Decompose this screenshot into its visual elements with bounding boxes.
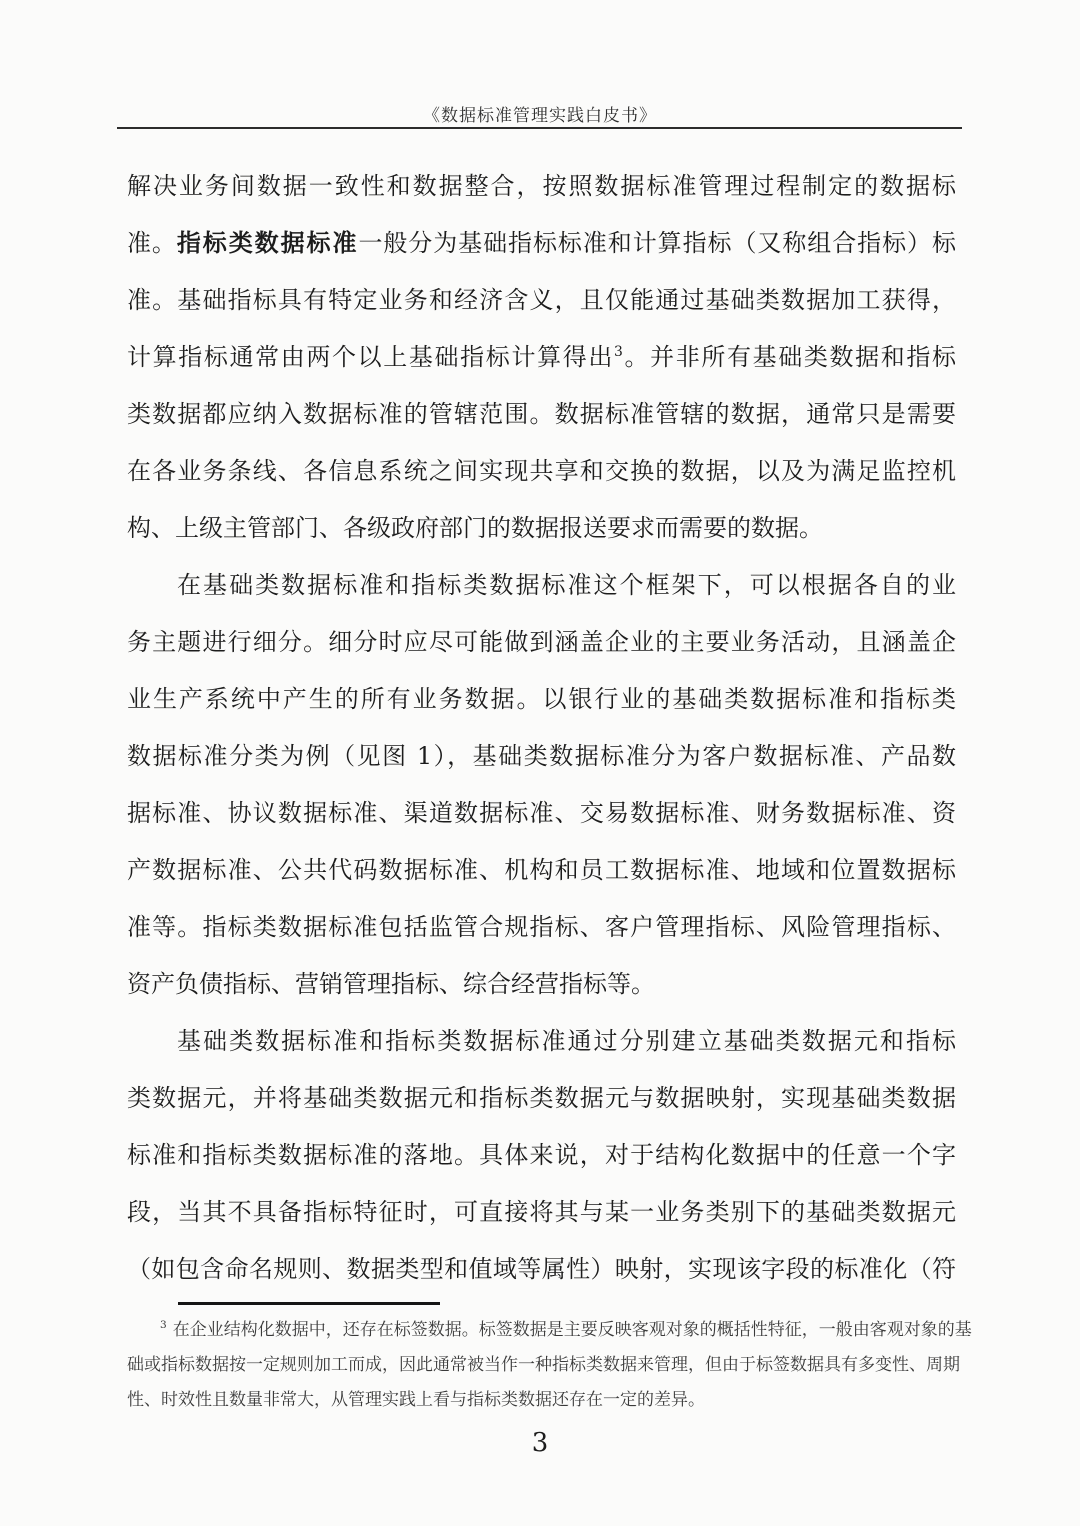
body-line: （如包含命名规则、数据类型和值域等属性）映射，实现该字段的标准化（符 (127, 1241, 956, 1298)
body-line: 务主题进行细分。细分时应尽可能做到涵盖企业的主要业务活动，且涵盖企 (127, 614, 956, 671)
body-line: 准。基础指标具有特定业务和经济含义，且仅能通过基础类数据加工获得， (127, 272, 956, 329)
footnote-line: 3在企业结构化数据中，还存在标签数据。标签数据是主要反映客观对象的概括性特征，一… (127, 1313, 957, 1348)
footnote: 3在企业结构化数据中，还存在标签数据。标签数据是主要反映客观对象的概括性特征，一… (127, 1313, 957, 1418)
footnote-reference: 3 (614, 344, 623, 360)
body-line: 标准和指标类数据标准的落地。具体来说，对于结构化数据中的任意一个字 (127, 1127, 956, 1184)
body-line: 类数据都应纳入数据标准的管辖范围。数据标准管辖的数据，通常只是需要 (127, 386, 956, 443)
body-content: 解决业务间数据一致性和数据整合，按照数据标准管理过程制定的数据标 准。指标类数据… (127, 158, 956, 1298)
body-line: 计算指标通常由两个以上基础指标计算得出3。并非所有基础类数据和指标 (127, 329, 956, 386)
body-line: 准等。指标类数据标准包括监管合规指标、客户管理指标、风险管理指标、 (127, 899, 956, 956)
header-rule (117, 127, 962, 129)
footnote-text: 在企业结构化数据中，还存在标签数据。标签数据是主要反映客观对象的概括性特征，一般… (173, 1320, 972, 1340)
body-text: 计算指标通常由两个以上基础指标计算得出 (127, 343, 614, 371)
body-line: 业生产系统中产生的所有业务数据。以银行业的基础类数据标准和指标类 (127, 671, 956, 728)
footnote-separator (178, 1302, 440, 1305)
body-line: 据标准、协议数据标准、渠道数据标准、交易数据标准、财务数据标准、资 (127, 785, 956, 842)
body-line: 在基础类数据标准和指标类数据标准这个框架下，可以根据各自的业 (127, 557, 956, 614)
footnote-marker: 3 (160, 1319, 173, 1331)
body-line: 数据标准分类为例（见图 1），基础类数据标准分为客户数据标准、产品数 (127, 728, 956, 785)
body-line: 在各业务条线、各信息系统之间实现共享和交换的数据，以及为满足监控机 (127, 443, 956, 500)
body-line: 段，当其不具备指标特征时，可直接将其与某一业务类别下的基础类数据元 (127, 1184, 956, 1241)
bold-term: 指标类数据标准 (177, 229, 359, 257)
document-page: 《数据标准管理实践白皮书》 解决业务间数据一致性和数据整合，按照数据标准管理过程… (0, 0, 1080, 1526)
page-number: 3 (0, 1428, 1080, 1458)
footnote-line: 础或指标数据按一定规则加工而成，因此通常被当作一种指标类数据来管理，但由于标签数… (127, 1348, 957, 1383)
body-text: 。并非所有基础类数据和指标 (623, 343, 956, 371)
body-line: 资产负债指标、营销管理指标、综合经营指标等。 (127, 956, 956, 1013)
body-line: 构、上级主管部门、各级政府部门的数据报送要求而需要的数据。 (127, 500, 956, 557)
body-line: 准。指标类数据标准一般分为基础指标标准和计算指标（又称组合指标）标 (127, 215, 956, 272)
body-text: 一般分为基础指标标准和计算指标（又称组合指标）标 (358, 229, 956, 257)
body-line: 类数据元，并将基础类数据元和指标类数据元与数据映射，实现基础类数据 (127, 1070, 956, 1127)
footnote-line: 性、时效性且数量非常大，从管理实践上看与指标类数据还存在一定的差异。 (127, 1383, 957, 1418)
body-line: 解决业务间数据一致性和数据整合，按照数据标准管理过程制定的数据标 (127, 158, 956, 215)
body-line: 产数据标准、公共代码数据标准、机构和员工数据标准、地域和位置数据标 (127, 842, 956, 899)
body-line: 基础类数据标准和指标类数据标准通过分别建立基础类数据元和指标 (127, 1013, 956, 1070)
page-header-title: 《数据标准管理实践白皮书》 (0, 101, 1080, 126)
body-text: 准。 (127, 229, 177, 257)
